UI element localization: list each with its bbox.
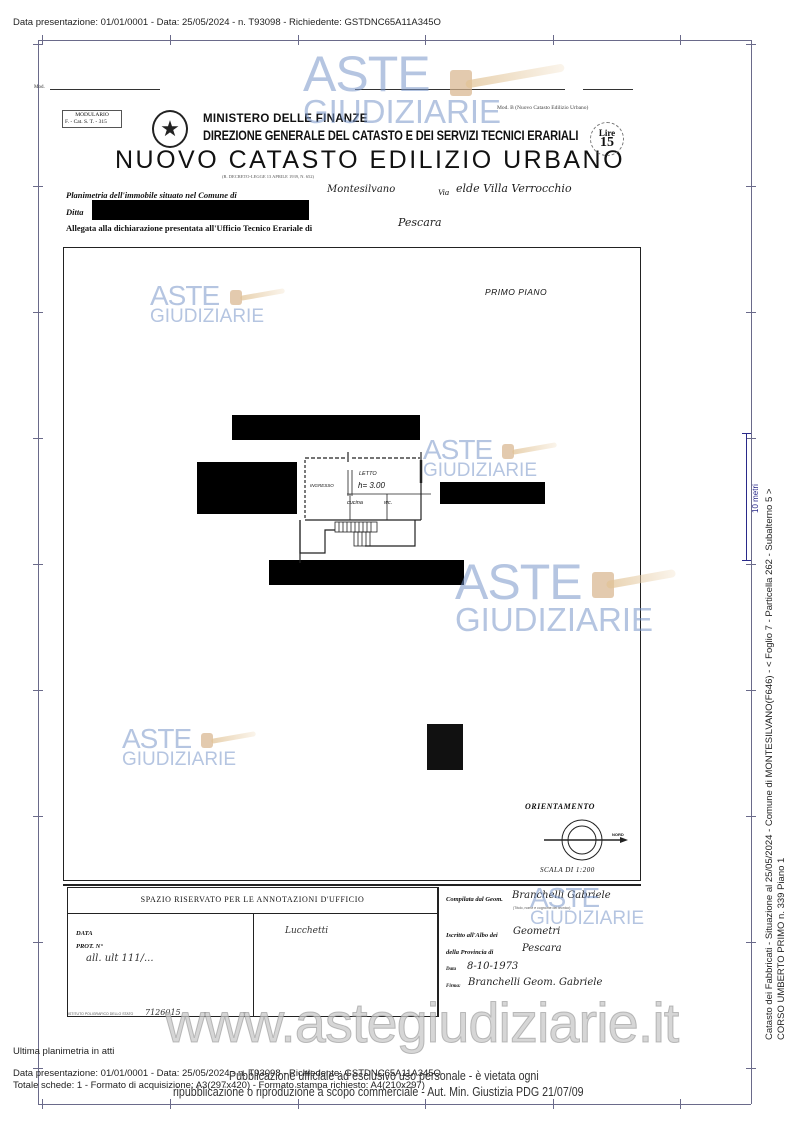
watermark-logo: ASTE GIUDIZIARIE (150, 283, 264, 325)
top-rule (50, 89, 160, 90)
frame-right-border (751, 40, 752, 1104)
watermark-text: GIUDIZIARIE (150, 308, 264, 325)
publication-notice: ripubblicazione o riproduzione a scopo c… (173, 1084, 584, 1099)
ultima-planimetria: Ultima planimetria in atti (13, 1046, 114, 1057)
watermark-logo: ASTE GIUDIZIARIE (455, 560, 653, 635)
frame-tick (425, 35, 426, 45)
watermark-logo: ASTE GIUDIZIARIE (530, 885, 644, 927)
via-value: elde Villa Verrocchio (456, 182, 572, 195)
frame-tick (33, 312, 43, 313)
watermark-text: GIUDIZIARIE (530, 910, 644, 927)
frame-tick (746, 564, 756, 565)
frame-tick (33, 690, 43, 691)
modulario-code: F. - Cat. S. T. - 315 (65, 119, 119, 126)
room-label: INGRESSO (310, 483, 334, 488)
stamp-mark (427, 724, 463, 770)
ufficio-value: Pescara (398, 216, 442, 229)
prot-value: all. ult 111/... (86, 953, 154, 964)
height-note: h= 3.00 (358, 481, 385, 490)
frame-tick (33, 564, 43, 565)
lire-value: 15 (591, 138, 623, 148)
frame-tick (33, 816, 43, 817)
planimetria-label: Planimetria dell'immobile situato nel Co… (66, 190, 237, 200)
scale-bar-tick (742, 560, 751, 561)
watermark-text: GIUDIZIARIE (303, 97, 501, 127)
scale-bar-tick (742, 433, 751, 434)
redacted-block (440, 482, 545, 504)
north-label: NORD (612, 832, 624, 837)
printer-note: ISTITUTO POLIGRAFICO DELLO STATO (68, 1012, 133, 1016)
header-meta: Data presentazione: 01/01/0001 - Data: 2… (13, 17, 441, 28)
watermark-text: ASTE (530, 885, 644, 910)
frame-tick (553, 35, 554, 45)
side-address: CORSO UMBERTO PRIMO n. 339 Piano 1 (776, 858, 787, 1040)
room-label: wc. (384, 500, 392, 506)
room-label: LETTO (359, 471, 377, 477)
frame-tick (425, 1099, 426, 1109)
provincia-label: della Provincia di (446, 949, 493, 956)
frame-tick (680, 35, 681, 45)
frame-tick (746, 438, 756, 439)
frame-tick (33, 942, 43, 943)
data-value: 8-10-1973 (467, 961, 518, 972)
watermark-text: GIUDIZIARIE (455, 605, 653, 635)
compilata-label: Compilata dal Geom. (446, 896, 503, 903)
firma-label: Firma: (446, 984, 461, 989)
frame-tick (42, 1099, 43, 1109)
mod-b-label: Mod. B (Nuovo Catasto Edilizio Urbano) (497, 105, 588, 111)
redacted-block (232, 415, 420, 440)
side-catasto-info: Catasto dei Fabbricati - Situazione al 2… (764, 489, 775, 1040)
annotations-title: SPAZIO RISERVATO PER LE ANNOTAZIONI D'UF… (67, 895, 438, 904)
frame-tick (33, 438, 43, 439)
floor-label: PRIMO PIANO (485, 287, 547, 297)
room-label: cucina (347, 500, 363, 506)
watermark-logo: ASTE GIUDIZIARIE (423, 437, 537, 479)
provincia-value: Pescara (522, 943, 562, 954)
direzione-label: DIREZIONE GENERALE DEL CATASTO E DEI SER… (203, 128, 578, 143)
frame-tick (746, 186, 756, 187)
frame-tick (553, 1099, 554, 1109)
watermark-logo: ASTE GIUDIZIARIE (122, 726, 236, 768)
frame-tick (298, 35, 299, 45)
frame-tick (170, 35, 171, 45)
frame-tick (746, 816, 756, 817)
allegata-label: Allegata alla dichiarazione presentata a… (66, 223, 312, 233)
watermark-url: www.astegiudiziarie.it (165, 990, 678, 1055)
scale-bar-label: 10 metri (751, 484, 760, 513)
decreto-label: (R. DECRETO-LEGGE 13 APRILE 1939, N. 652… (222, 174, 314, 179)
frame-tick (746, 942, 756, 943)
data-label: DATA (76, 930, 93, 937)
modulario-label: MODULARIO (65, 112, 119, 119)
frame-top-border (38, 40, 751, 41)
redacted-block (197, 462, 297, 514)
redacted-owner (92, 200, 309, 220)
scale-label: SCALA DI 1:200 (540, 866, 595, 874)
iscritto-label: Iscritto all'Albo dei (446, 932, 498, 939)
firma-value: Branchelli Geom. Gabriele (468, 977, 602, 988)
frame-tick (746, 44, 756, 45)
frame-tick (33, 186, 43, 187)
scale-bar (746, 433, 747, 561)
annotation-note: Lucchetti (285, 926, 328, 936)
ditta-label: Ditta (66, 207, 83, 217)
publication-notice: Pubblicazione ufficiale ad esclusivo uso… (229, 1068, 539, 1083)
emblem-icon: ★ (152, 110, 188, 148)
frame-bottom-border (38, 1104, 751, 1105)
data-label: Data (446, 967, 456, 972)
watermark-text: GIUDIZIARIE (423, 462, 537, 479)
modulario-box: MODULARIO F. - Cat. S. T. - 315 (62, 110, 122, 128)
prot-label: PROT. N° (76, 943, 103, 950)
lire-stamp: Lire 15 (590, 122, 624, 156)
document-title: NUOVO CATASTO EDILIZIO URBANO (115, 146, 625, 175)
frame-tick (746, 690, 756, 691)
frame-tick (746, 312, 756, 313)
compass-icon (540, 818, 630, 862)
frame-tick (33, 44, 43, 45)
frame-tick (746, 1068, 756, 1069)
top-rule (583, 89, 633, 90)
watermark-text: GIUDIZIARIE (122, 751, 236, 768)
top-left-note: Mod. (34, 85, 45, 90)
frame-tick (680, 1099, 681, 1109)
orientation-label: ORIENTAMENTO (525, 802, 595, 811)
comune-value: Montesilvano (327, 184, 395, 195)
redacted-block (269, 560, 464, 585)
frame-tick (170, 1099, 171, 1109)
frame-left-border (38, 40, 39, 1104)
via-label: Via (438, 187, 449, 197)
frame-tick (298, 1099, 299, 1109)
